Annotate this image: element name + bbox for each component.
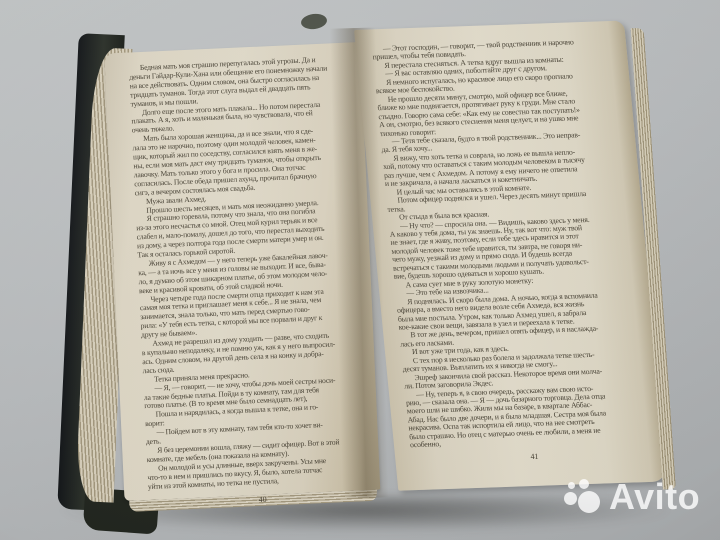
right-page-text: — Этот господин, — говорит, — твой родст… <box>372 37 657 450</box>
avito-watermark: Avito <box>564 478 700 516</box>
avito-logo-icon <box>564 478 602 516</box>
book-photo: Бедная мать моя страшно перепугалась это… <box>0 0 720 540</box>
right-page-number: 41 <box>411 448 658 466</box>
avito-watermark-text: Avito <box>609 479 700 515</box>
left-page: Бедная мать моя страшно перепугалась это… <box>104 42 380 501</box>
spine-top-notch <box>300 12 328 30</box>
right-page: — Этот господин, — говорит, — твой родст… <box>354 21 668 491</box>
left-page-text: Бедная мать моя страшно перепугалась это… <box>129 54 376 491</box>
